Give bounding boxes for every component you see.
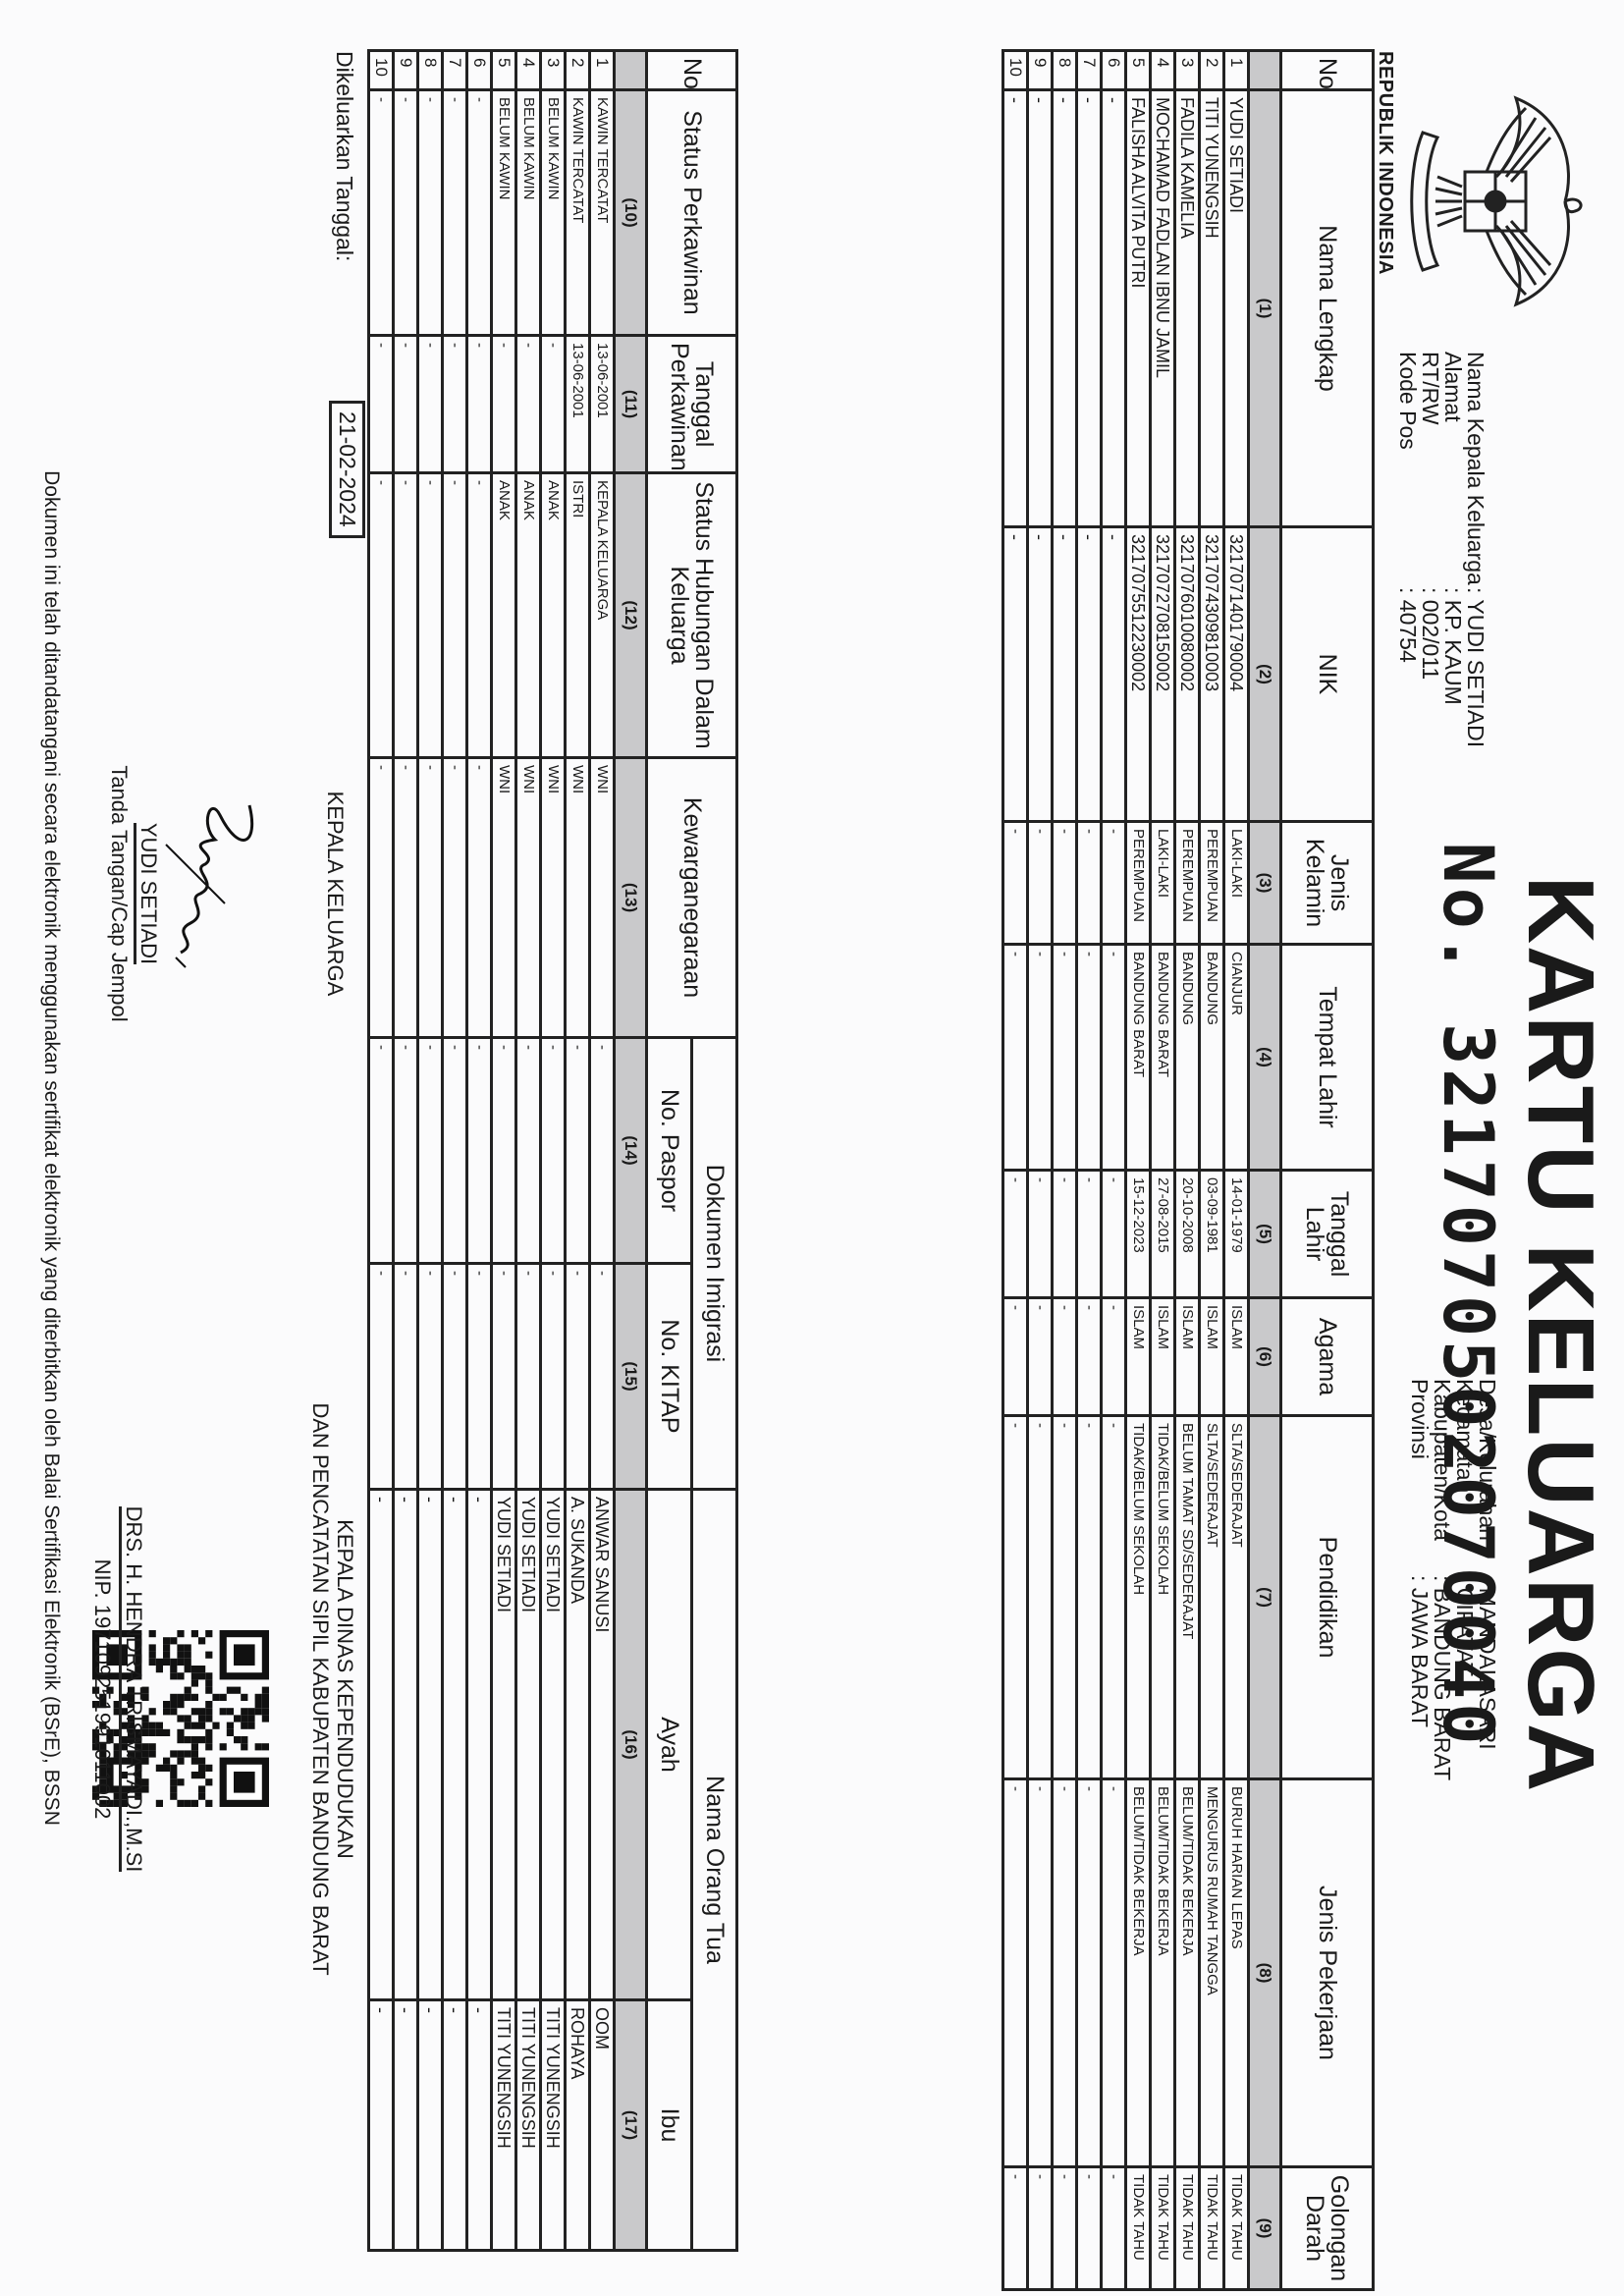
cell-occupation: BELUM/TIDAK BEKERJA — [1175, 1779, 1200, 2167]
column-number: (2) — [1249, 527, 1281, 822]
table-row: 7-------- — [443, 51, 467, 2251]
civil-table-header-top: No Status Perkawinan Tanggal Perkawinan … — [692, 51, 737, 2251]
cell-education: - — [1003, 1416, 1028, 1779]
cell-full-name: - — [1053, 90, 1077, 527]
cell-blood-type: TIDAK TAHU — [1224, 2167, 1249, 2290]
cell-no: 1 — [1224, 51, 1249, 90]
cell-full-name: FALISHA ALVITA PUTRI — [1126, 90, 1151, 527]
cell-marriage-date: - — [394, 336, 418, 473]
cell-nik: - — [1077, 527, 1102, 822]
cell-no: 9 — [394, 51, 418, 90]
cell-no: 5 — [492, 51, 516, 90]
cell-no: 1 — [590, 51, 615, 90]
cell-relationship: - — [467, 473, 492, 758]
cell-gender: - — [1077, 822, 1102, 945]
cell-birthdate: - — [1053, 1171, 1077, 1298]
cell-full-name: MOCHAMAD FADLAN IBNU JAMIL — [1151, 90, 1175, 527]
cell-birthplace: - — [1102, 945, 1126, 1171]
cell-mother: - — [418, 2000, 443, 2251]
table-row: 6-------- — [467, 51, 492, 2251]
cell-father: - — [467, 1490, 492, 2000]
cell-kitap: - — [467, 1264, 492, 1490]
info-row-district: Kecamatan: CIPATAT — [1453, 1379, 1476, 1780]
cell-education: TIDAK/BELUM SEKOLAH — [1151, 1416, 1175, 1779]
column-number: (6) — [1249, 1298, 1281, 1416]
table-row: 4BELUM KAWIN-ANAKWNI--YUDI SETIADITITI Y… — [516, 51, 541, 2251]
cell-no: 10 — [1003, 51, 1028, 90]
col-gender: Jenis Kelamin — [1281, 822, 1374, 945]
col-blood-type: Golongan Darah — [1281, 2167, 1374, 2290]
cell-religion: - — [1053, 1298, 1077, 1416]
cell-full-name: - — [1003, 90, 1028, 527]
cell-citizenship: - — [467, 758, 492, 1038]
table-row: 9--------- — [1028, 51, 1053, 2290]
cell-blood-type: TIDAK TAHU — [1151, 2167, 1175, 2290]
cell-marriage-date: - — [369, 336, 394, 473]
column-number: (17) — [615, 2000, 647, 2251]
cell-nik: 3217071401790004 — [1224, 527, 1249, 822]
cell-marital-status: - — [443, 90, 467, 336]
cell-passport: - — [467, 1038, 492, 1264]
table-row: 8--------- — [1053, 51, 1077, 2290]
cell-nik: 3217075512230002 — [1126, 527, 1151, 822]
cell-birthdate: - — [1003, 1171, 1028, 1298]
family-card-document: REPUBLIK INDONESIA KARTU KELUARGA No. 32… — [0, 0, 1624, 2296]
cell-passport: - — [443, 1038, 467, 1264]
cell-citizenship: WNI — [566, 758, 590, 1038]
cell-mother: - — [369, 2000, 394, 2251]
cell-education: - — [1077, 1416, 1102, 1779]
members-table-header: NoNama LengkapNIKJenis KelaminTempat Lah… — [1281, 51, 1374, 2290]
column-number: (14) — [615, 1038, 647, 1264]
column-number: (11) — [615, 336, 647, 473]
cell-no: 3 — [1175, 51, 1200, 90]
cell-kitap: - — [516, 1264, 541, 1490]
cell-kitap: - — [418, 1264, 443, 1490]
cell-kitap: - — [566, 1264, 590, 1490]
table-row: 3BELUM KAWIN-ANAKWNI--YUDI SETIADITITI Y… — [541, 51, 566, 2251]
cell-birthdate: 15-12-2023 — [1126, 1171, 1151, 1298]
col-citizenship: Kewarganegaraan — [647, 758, 737, 1038]
cell-birthdate: - — [1077, 1171, 1102, 1298]
cell-mother: OOM — [590, 2000, 615, 2251]
cell-marriage-date: - — [541, 336, 566, 473]
table-row: 5FALISHA ALVITA PUTRI3217075512230002PER… — [1126, 51, 1151, 2290]
cell-relationship: - — [369, 473, 394, 758]
cell-father: YUDI SETIADI — [516, 1490, 541, 2000]
cell-marriage-date: - — [467, 336, 492, 473]
cell-no: 8 — [1053, 51, 1077, 90]
cell-father: - — [443, 1490, 467, 2000]
table-row: 10--------- — [1003, 51, 1028, 2290]
cell-marriage-date: 13-06-2001 — [590, 336, 615, 473]
cell-education: TIDAK/BELUM SEKOLAH — [1126, 1416, 1151, 1779]
cell-no: 8 — [418, 51, 443, 90]
cell-marital-status: KAWIN TERCATAT — [566, 90, 590, 336]
cell-birthdate: - — [1028, 1171, 1053, 1298]
cell-marriage-date: - — [516, 336, 541, 473]
cell-religion: ISLAM — [1151, 1298, 1175, 1416]
cell-relationship: ANAK — [492, 473, 516, 758]
cell-citizenship: WNI — [516, 758, 541, 1038]
cell-no: 6 — [1102, 51, 1126, 90]
cell-no: 4 — [516, 51, 541, 90]
cell-marital-status: - — [467, 90, 492, 336]
table-row: 5BELUM KAWIN-ANAKWNI--YUDI SETIADITITI Y… — [492, 51, 516, 2251]
cell-birthdate: 03-09-1981 — [1200, 1171, 1224, 1298]
info-row-address: Alamat: KP. KAUM — [1441, 352, 1464, 747]
household-info: Nama Kepala Keluarga: YUDI SETIADI Alama… — [1396, 352, 1487, 747]
column-number: (9) — [1249, 2167, 1281, 2290]
col-nik: NIK — [1281, 527, 1374, 822]
column-number: (8) — [1249, 1779, 1281, 2167]
cell-nik: 3217076010080002 — [1175, 527, 1200, 822]
cell-birthplace: - — [1003, 945, 1028, 1171]
column-number: (7) — [1249, 1416, 1281, 1779]
cell-no: 6 — [467, 51, 492, 90]
electronic-signature-note: Dokumen ini telah ditandatangani secara … — [39, 0, 63, 2296]
column-number: (10) — [615, 90, 647, 336]
cell-gender: PEREMPUAN — [1200, 822, 1224, 945]
cell-passport: - — [516, 1038, 541, 1264]
column-number: (13) — [615, 758, 647, 1038]
col-occupation: Jenis Pekerjaan — [1281, 1779, 1374, 2167]
cell-father: - — [369, 1490, 394, 2000]
column-number: (1) — [1249, 90, 1281, 527]
col-mother: Ibu — [647, 2000, 692, 2251]
cell-full-name: - — [1102, 90, 1126, 527]
signature-icon — [151, 786, 259, 982]
region-info: Desa/Kelurahan: MANDALASARI Kecamatan: C… — [1408, 1379, 1498, 1780]
cell-full-name: - — [1028, 90, 1053, 527]
table-row: 1KAWIN TERCATAT13-06-2001KEPALA KELUARGA… — [590, 51, 615, 2251]
cell-occupation: - — [1028, 1779, 1053, 2167]
cell-marital-status: - — [369, 90, 394, 336]
cell-occupation: - — [1003, 1779, 1028, 2167]
cell-blood-type: TIDAK TAHU — [1126, 2167, 1151, 2290]
cell-birthplace: BANDUNG BARAT — [1126, 945, 1151, 1171]
cell-mother: - — [467, 2000, 492, 2251]
table-row: 6--------- — [1102, 51, 1126, 2290]
cell-occupation: - — [1077, 1779, 1102, 2167]
cell-birthdate: - — [1102, 1171, 1126, 1298]
cell-father: A. SUKANDA — [566, 1490, 590, 2000]
col-immigration-docs: Dokumen Imigrasi — [692, 1038, 737, 1490]
cell-relationship: - — [443, 473, 467, 758]
cell-no: 7 — [1077, 51, 1102, 90]
cell-gender: - — [1053, 822, 1077, 945]
table-row: 4MOCHAMAD FADLAN IBNU JAMIL3217072708150… — [1151, 51, 1175, 2290]
cell-kitap: - — [590, 1264, 615, 1490]
cell-birthplace: BANDUNG — [1200, 945, 1224, 1171]
members-table-column-numbers: (1)(2)(3)(4)(5)(6)(7)(8)(9) — [1249, 51, 1281, 2290]
cell-kitap: - — [443, 1264, 467, 1490]
cell-marital-status: - — [418, 90, 443, 336]
col-father: Ayah — [647, 1490, 692, 2000]
cell-gender: - — [1102, 822, 1126, 945]
cell-marital-status: BELUM KAWIN — [541, 90, 566, 336]
cell-education: SLTA/SEDERAJAT — [1224, 1416, 1249, 1779]
table-row: 8-------- — [418, 51, 443, 2251]
cell-occupation: BELUM/TIDAK BEKERJA — [1126, 1779, 1151, 2167]
info-row-village: Desa/Kelurahan: MANDALASARI — [1476, 1379, 1498, 1780]
col-relationship: Status Hubungan Dalam Keluarga — [647, 473, 737, 758]
cell-full-name: YUDI SETIADI — [1224, 90, 1249, 527]
col-education: Pendidikan — [1281, 1416, 1374, 1779]
info-row-regency: Kabupaten/Kota: BANDUNG BARAT — [1431, 1379, 1453, 1780]
col-parents: Nama Orang Tua — [692, 1490, 737, 2251]
table-row: 1YUDI SETIADI3217071401790004LAKI-LAKICI… — [1224, 51, 1249, 2290]
cell-passport: - — [492, 1038, 516, 1264]
cell-relationship: ISTRI — [566, 473, 590, 758]
cell-birthplace: CIANJUR — [1224, 945, 1249, 1171]
cell-blood-type: - — [1102, 2167, 1126, 2290]
country-label: REPUBLIK INDONESIA — [1374, 51, 1396, 275]
cell-occupation: BURUH HARIAN LEPAS — [1224, 1779, 1249, 2167]
table-row: 2TITI YUNENGSIH3217074309810003PEREMPUAN… — [1200, 51, 1224, 2290]
cell-mother: ROHAYA — [566, 2000, 590, 2251]
cell-no: 9 — [1028, 51, 1053, 90]
cell-passport: - — [369, 1038, 394, 1264]
cell-full-name: - — [1077, 90, 1102, 527]
col-no: No — [1281, 51, 1374, 90]
cell-occupation: MENGURUS RUMAH TANGGA — [1200, 1779, 1224, 2167]
cell-birthdate: 14-01-1979 — [1224, 1171, 1249, 1298]
civil-status-table: No Status Perkawinan Tanggal Perkawinan … — [367, 49, 738, 2252]
cell-birthplace: - — [1053, 945, 1077, 1171]
cell-no: 5 — [1126, 51, 1151, 90]
col-full-name: Nama Lengkap — [1281, 90, 1374, 527]
cell-blood-type: - — [1003, 2167, 1028, 2290]
cell-nik: - — [1053, 527, 1077, 822]
cell-education: BELUM TAMAT SD/SEDERAJAT — [1175, 1416, 1200, 1779]
cell-father: - — [418, 1490, 443, 2000]
table-row: 7--------- — [1077, 51, 1102, 2290]
info-row-rtrw: RT/RW: 002/011 — [1419, 352, 1441, 747]
cell-gender: PEREMPUAN — [1175, 822, 1200, 945]
members-table: NoNama LengkapNIKJenis KelaminTempat Lah… — [1001, 49, 1375, 2291]
cell-religion: - — [1077, 1298, 1102, 1416]
cell-no: 10 — [369, 51, 394, 90]
cell-father: YUDI SETIADI — [492, 1490, 516, 2000]
cell-relationship: KEPALA KELUARGA — [590, 473, 615, 758]
head-of-family-title: KEPALA KELUARGA — [322, 550, 348, 1237]
info-row-postcode: Kode Pos: 40754 — [1396, 352, 1419, 747]
column-number: (12) — [615, 473, 647, 758]
cell-passport: - — [590, 1038, 615, 1264]
cell-birthplace: BANDUNG BARAT — [1151, 945, 1175, 1171]
document-title: KARTU KELUARGA — [1506, 0, 1614, 2296]
cell-nik: 3217074309810003 — [1200, 527, 1224, 822]
cell-relationship: - — [418, 473, 443, 758]
col-kitap: No. KITAP — [647, 1264, 692, 1490]
cell-nik: - — [1102, 527, 1126, 822]
cell-religion: - — [1102, 1298, 1126, 1416]
cell-citizenship: WNI — [492, 758, 516, 1038]
cell-no: 4 — [1151, 51, 1175, 90]
cell-mother: - — [443, 2000, 467, 2251]
cell-occupation: - — [1053, 1779, 1077, 2167]
cell-occupation: - — [1102, 1779, 1126, 2167]
cell-blood-type: - — [1028, 2167, 1053, 2290]
cell-marriage-date: - — [492, 336, 516, 473]
table-row: 10-------- — [369, 51, 394, 2251]
col-marriage-date: Tanggal Perkawinan — [647, 336, 737, 473]
cell-kitap: - — [541, 1264, 566, 1490]
issued-label: Dikeluarkan Tanggal: — [331, 51, 357, 261]
table-row: 3FADILA KAMELIA3217076010080002PEREMPUAN… — [1175, 51, 1200, 2290]
cell-kitap: - — [369, 1264, 394, 1490]
cell-mother: TITI YUNENGSIH — [516, 2000, 541, 2251]
family-card-number: No. 3217070502070040 — [1428, 0, 1508, 2296]
cell-blood-type: - — [1053, 2167, 1077, 2290]
civil-table-column-numbers: (10)(11)(12)(13)(14)(15)(16)(17) — [615, 51, 647, 2251]
cell-mother: - — [394, 2000, 418, 2251]
cell-mother: TITI YUNENGSIH — [541, 2000, 566, 2251]
cell-mother: TITI YUNENGSIH — [492, 2000, 516, 2251]
cell-full-name: FADILA KAMELIA — [1175, 90, 1200, 527]
cell-gender: PEREMPUAN — [1126, 822, 1151, 945]
cell-birthplace: - — [1028, 945, 1053, 1171]
official-nip: NIP. 197109251991011002 — [89, 1296, 115, 2082]
official-title: KEPALA DINAS KEPENDUDUKAN DAN PENCATATAN… — [308, 1296, 357, 2082]
column-number: (4) — [1249, 945, 1281, 1171]
cell-blood-type: TIDAK TAHU — [1175, 2167, 1200, 2290]
cell-passport: - — [394, 1038, 418, 1264]
column-number: (15) — [615, 1264, 647, 1490]
cell-religion: - — [1028, 1298, 1053, 1416]
cell-relationship: ANAK — [516, 473, 541, 758]
cell-blood-type: TIDAK TAHU — [1200, 2167, 1224, 2290]
cell-occupation: BELUM/TIDAK BEKERJA — [1151, 1779, 1175, 2167]
cell-birthplace: - — [1077, 945, 1102, 1171]
cell-religion: ISLAM — [1200, 1298, 1224, 1416]
cell-religion: - — [1003, 1298, 1028, 1416]
cell-passport: - — [418, 1038, 443, 1264]
cell-gender: LAKI-LAKI — [1151, 822, 1175, 945]
cell-religion: ISLAM — [1126, 1298, 1151, 1416]
column-number: (3) — [1249, 822, 1281, 945]
col-religion: Agama — [1281, 1298, 1374, 1416]
cell-kitap: - — [492, 1264, 516, 1490]
cell-citizenship: WNI — [541, 758, 566, 1038]
cell-citizenship: - — [394, 758, 418, 1038]
table-row: 9-------- — [394, 51, 418, 2251]
cell-kitap: - — [394, 1264, 418, 1490]
cell-marital-status: BELUM KAWIN — [516, 90, 541, 336]
column-number: (16) — [615, 1490, 647, 2000]
cell-birthplace: BANDUNG — [1175, 945, 1200, 1171]
official-name: DRS. H. HENDRA TRISMAYADI.,M.SI — [121, 1296, 146, 2082]
cell-marriage-date: - — [418, 336, 443, 473]
cell-no: 7 — [443, 51, 467, 90]
cell-marital-status: KAWIN TERCATAT — [590, 90, 615, 336]
cell-citizenship: - — [418, 758, 443, 1038]
cell-marriage-date: - — [443, 336, 467, 473]
cell-marital-status: BELUM KAWIN — [492, 90, 516, 336]
cell-relationship: ANAK — [541, 473, 566, 758]
table-row: 2KAWIN TERCATAT13-06-2001ISTRIWNI--A. SU… — [566, 51, 590, 2251]
cell-religion: ISLAM — [1175, 1298, 1200, 1416]
signature-caption: Tanda Tangan/Cap Jempol — [106, 550, 132, 1237]
cell-gender: - — [1003, 822, 1028, 945]
cell-education: - — [1053, 1416, 1077, 1779]
cell-passport: - — [566, 1038, 590, 1264]
column-number — [615, 51, 647, 90]
column-number: (5) — [1249, 1171, 1281, 1298]
col-birthdate: Tanggal Lahir — [1281, 1171, 1374, 1298]
col-marital-status: Status Perkawinan — [647, 90, 737, 336]
cell-father: YUDI SETIADI — [541, 1490, 566, 2000]
issued-date: 21-02-2024 — [329, 401, 365, 538]
cell-education: SLTA/SEDERAJAT — [1200, 1416, 1224, 1779]
cell-education: - — [1028, 1416, 1053, 1779]
info-row-province: Provinsi: JAWA BARAT — [1408, 1379, 1431, 1780]
cell-blood-type: - — [1077, 2167, 1102, 2290]
cell-passport: - — [541, 1038, 566, 1264]
head-of-family-name: YUDI SETIADI — [135, 550, 161, 1237]
cell-religion: ISLAM — [1224, 1298, 1249, 1416]
cell-marital-status: - — [394, 90, 418, 336]
cell-birthdate: 20-10-2008 — [1175, 1171, 1200, 1298]
cell-birthdate: 27-08-2015 — [1151, 1171, 1175, 1298]
col-no: No — [647, 51, 737, 90]
cell-citizenship: WNI — [590, 758, 615, 1038]
cell-relationship: - — [394, 473, 418, 758]
cell-gender: LAKI-LAKI — [1224, 822, 1249, 945]
cell-nik: - — [1028, 527, 1053, 822]
cell-full-name: TITI YUNENGSIH — [1200, 90, 1224, 527]
info-row-head: Nama Kepala Keluarga: YUDI SETIADI — [1464, 352, 1487, 747]
cell-no: 3 — [541, 51, 566, 90]
cell-marriage-date: 13-06-2001 — [566, 336, 590, 473]
cell-father: - — [394, 1490, 418, 2000]
cell-no: 2 — [1200, 51, 1224, 90]
col-passport: No. Paspor — [647, 1038, 692, 1264]
cell-citizenship: - — [443, 758, 467, 1038]
cell-no: 2 — [566, 51, 590, 90]
cell-nik: 3217072708150002 — [1151, 527, 1175, 822]
cell-father: ANWAR SANUSI — [590, 1490, 615, 2000]
cell-citizenship: - — [369, 758, 394, 1038]
column-number — [1249, 51, 1281, 90]
number-label: No. — [1428, 843, 1508, 978]
cell-gender: - — [1028, 822, 1053, 945]
cell-education: - — [1102, 1416, 1126, 1779]
col-birthplace: Tempat Lahir — [1281, 945, 1374, 1171]
cell-nik: - — [1003, 527, 1028, 822]
